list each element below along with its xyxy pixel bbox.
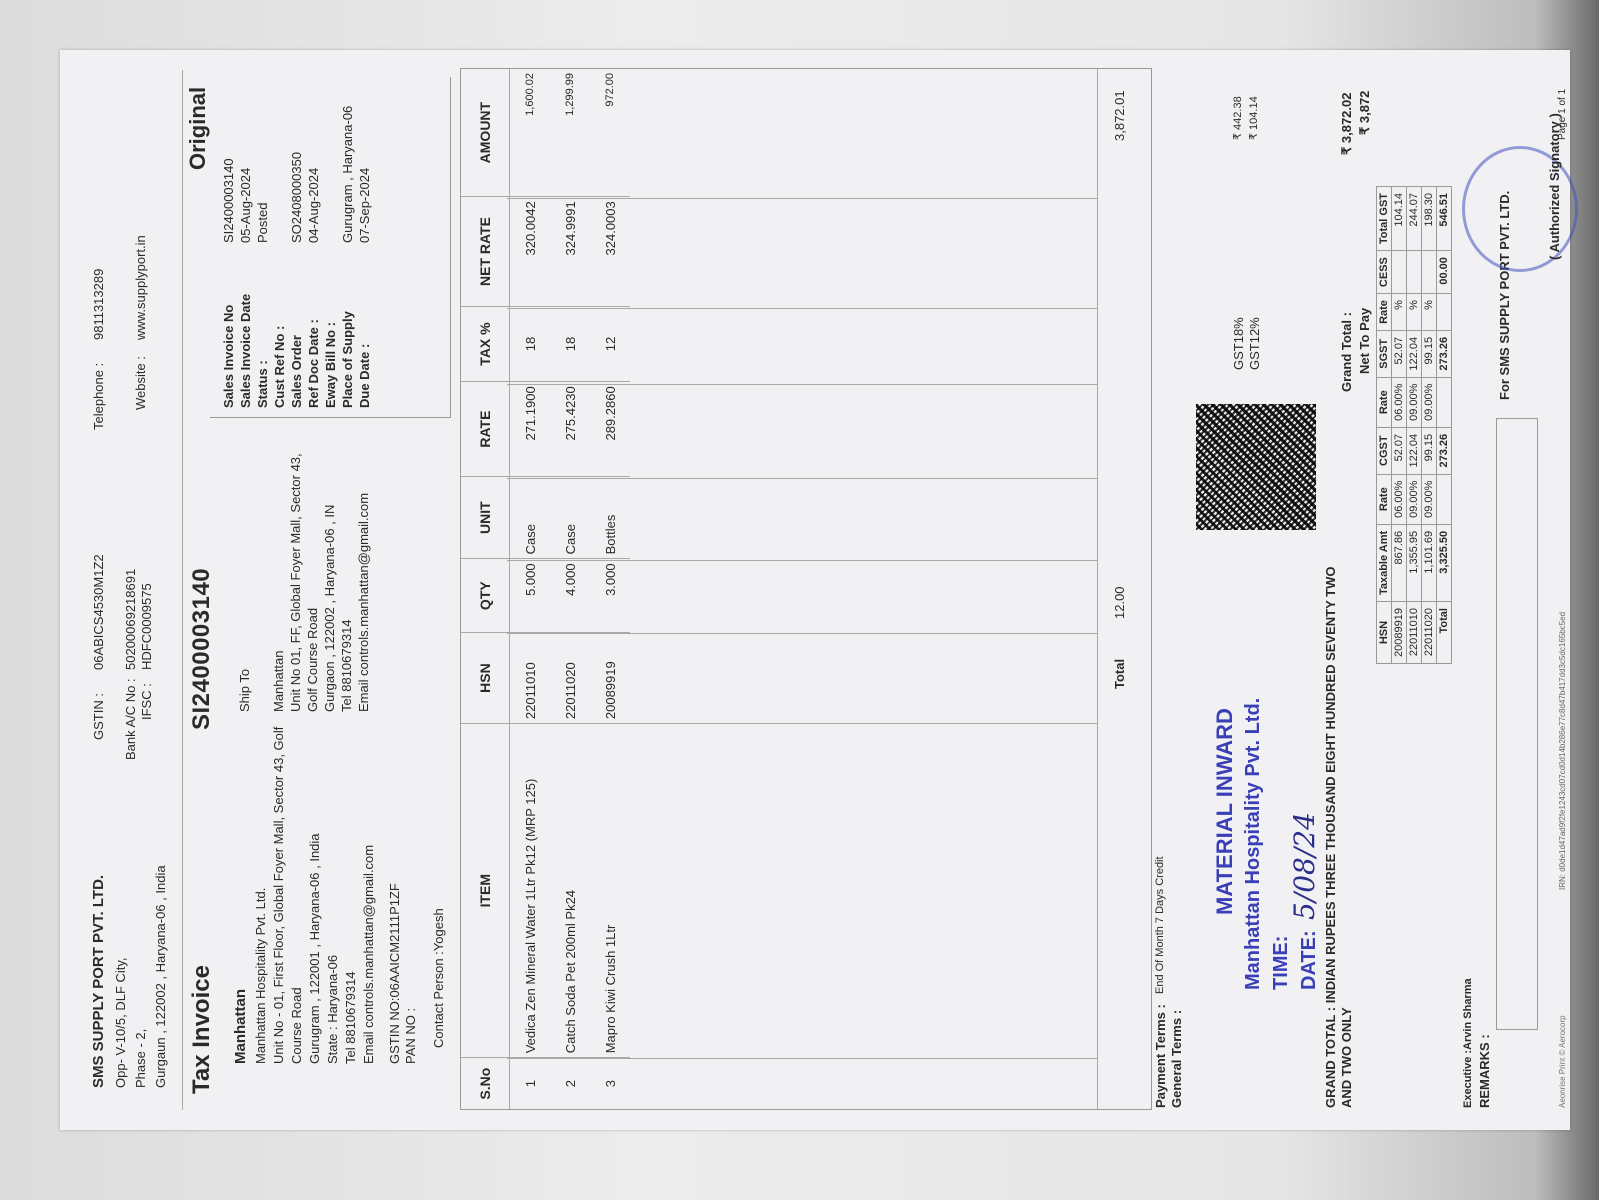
seller-gstin: 06ABICS4530M1Z2 [90, 554, 107, 670]
software-credit: Aeonrise Print © Aerocorp [1554, 1015, 1571, 1108]
address-line: Tel 8810679314 [342, 971, 359, 1064]
table-cell: 271.1900 [510, 382, 551, 477]
hsn-cell: 20089919 [1392, 602, 1407, 664]
table-cell: 320.0042 [510, 197, 551, 307]
hsn-row: 220110201,101.6909.00%99.1509.00%99.15%1… [1422, 186, 1437, 663]
column-header: ITEM [461, 724, 510, 1058]
meta-label: Cust Ref No : [271, 326, 288, 408]
hsn-cell: 09.00% [1422, 474, 1437, 524]
hsn-row: Total3,325.50273.26273.2600.00546.51 [1437, 186, 1452, 663]
hsn-cell: 22011010 [1407, 602, 1422, 664]
table-cell: 22011010 [510, 632, 551, 723]
hsn-cell: 52.07 [1392, 330, 1407, 377]
hsn-cell: 546.51 [1437, 186, 1452, 250]
hsn-cell: Total [1437, 602, 1452, 664]
column-header: NET RATE [461, 197, 510, 307]
gst12-value: ₹ 104.14 [1246, 96, 1263, 140]
table-cell: 18 [510, 306, 551, 382]
meta-value: 05-Aug-2024 [237, 168, 254, 243]
seller-address-3: Gurgaun , 122002 , Haryana-06 , India [152, 865, 169, 1088]
table-cell: 289.2860 [590, 382, 630, 477]
column-header: AMOUNT [461, 69, 510, 197]
address-line: Email controls.manhattan@gmail.com [355, 493, 372, 712]
table-cell: Case [550, 476, 590, 558]
gst18-label: GST18% [1230, 317, 1247, 370]
ifsc-label: IFSC : [138, 683, 155, 720]
hsn-cell: 09.00% [1407, 377, 1422, 427]
document-title: Tax Invoice [188, 965, 216, 1094]
address-line: Manhattan [270, 651, 287, 712]
gst18-value: ₹ 442.38 [1230, 96, 1247, 140]
payment-terms-label: Payment Terms : [1152, 1004, 1169, 1108]
hsn-cell: 122.04 [1407, 330, 1422, 377]
hsn-cell [1437, 377, 1452, 427]
hsn-cell: 273.26 [1437, 330, 1452, 377]
hsn-cell: 244.07 [1407, 186, 1422, 250]
remarks-box [1496, 418, 1538, 1030]
items-table-frame: S.NoITEMHSNQTYUNITRATETAX %NET RATEAMOUN… [460, 68, 1152, 1110]
hsn-column-header: HSN [1377, 602, 1392, 664]
column-header: RATE [461, 382, 510, 477]
address-line: Gurugram , 122001 , Haryana-06 , India [306, 833, 323, 1064]
meta-label: Status : [254, 360, 271, 408]
hsn-cell: 06.00% [1392, 377, 1407, 427]
table-cell: 324.9991 [550, 197, 590, 307]
table-cell: 18 [550, 306, 590, 382]
hsn-column-header: SGST [1377, 330, 1392, 377]
table-cell: 2 [550, 1058, 590, 1109]
hsn-cell: 52.07 [1392, 427, 1407, 474]
ifsc-code: HDFC0009575 [138, 583, 155, 670]
table-cell: 324.0003 [590, 197, 630, 307]
inward-date-handwritten: 5/08/24 [1288, 812, 1321, 920]
website-label: Website : [132, 356, 149, 410]
hsn-cell [1437, 294, 1452, 331]
column-header: TAX % [461, 306, 510, 382]
hsn-cell: 104.14 [1392, 186, 1407, 250]
table-cell: 3.000 [590, 559, 630, 633]
table-cell: 1 [510, 1058, 551, 1109]
hsn-cell: 3,325.50 [1437, 524, 1452, 601]
address-line: Manhattan Hospitality Pvt. Ltd. [252, 888, 269, 1064]
address-line: Golf Course Road [304, 608, 321, 712]
hsn-cell: % [1422, 294, 1437, 331]
items-total-amount: 3,872.01 [1111, 90, 1128, 141]
hsn-column-header: CESS [1377, 251, 1392, 294]
invoice-paper: SMS SUPPLY PORT PVT. LTD. Opp- V-10/5, D… [60, 50, 1570, 1130]
copy-label: Original [185, 87, 211, 170]
address-line: Tel 8810679314 [338, 619, 355, 712]
column-header: HSN [461, 632, 510, 723]
hsn-column-header: Total GST [1377, 186, 1392, 250]
meta-value: SO2408000350 [288, 152, 305, 243]
meta-value: Gurugram , Haryana-06 [339, 106, 356, 243]
table-cell: 1,299.99 [550, 69, 590, 197]
table-cell: 5.000 [510, 559, 551, 633]
hsn-cell [1392, 251, 1407, 294]
meta-value: SI2400003140 [220, 158, 237, 243]
seller-name: SMS SUPPLY PORT PVT. LTD. [90, 875, 107, 1088]
gst12-label: GST12% [1246, 317, 1263, 370]
table-cell: 275.4230 [550, 382, 590, 477]
grand-total-words-1: GRAND TOTAL : INDIAN RUPEES THREE THOUSA… [1322, 567, 1339, 1108]
grand-total-value: ₹ 3,872.02 [1338, 93, 1355, 156]
meta-label: Ref Doc Date : [305, 319, 322, 408]
meta-label: Eway Bill No : [322, 322, 339, 408]
meta-label: Place of Supply [339, 311, 356, 408]
hsn-column-header: CGST [1377, 427, 1392, 474]
meta-value: 07-Sep-2024 [356, 168, 373, 243]
hsn-cell: 1,355.95 [1407, 524, 1422, 601]
hsn-row: 20089919867.8606.00%52.0706.00%52.07%104… [1392, 186, 1407, 663]
hsn-cell: 198.30 [1422, 186, 1437, 250]
contact-person: Contact Person :Yogesh [430, 908, 447, 1048]
hsn-cell: % [1392, 294, 1407, 331]
address-line: Unit No - 01, First Floor, Global Foyer … [270, 727, 287, 1064]
address-line: State : Haryana-06 [324, 955, 341, 1064]
hsn-cell: % [1407, 294, 1422, 331]
column-header: UNIT [461, 476, 510, 558]
hsn-cell [1437, 474, 1452, 524]
meta-label: Due Date : [356, 344, 373, 408]
column-header: QTY [461, 559, 510, 633]
bill-to-gstin: GSTIN NO:06AAICM2111P1ZF [386, 883, 403, 1064]
hsn-column-header: Rate [1377, 294, 1392, 331]
table-cell: 22011020 [550, 632, 590, 723]
grand-total-words-2: AND TWO ONLY [1338, 1007, 1355, 1108]
hsn-column-header: Rate [1377, 474, 1392, 524]
hsn-cell: 273.26 [1437, 427, 1452, 474]
hsn-cell [1422, 251, 1437, 294]
net-to-pay-value: ₹ 3,872 [1356, 91, 1373, 135]
hsn-row: 220110101,355.9509.00%122.0409.00%122.04… [1407, 186, 1422, 663]
payment-terms-value: End Of Month 7 Days Credit [1152, 856, 1169, 994]
meta-label: Sales Order [288, 335, 305, 408]
hsn-cell: 22011020 [1422, 602, 1437, 664]
hsn-cell: 09.00% [1422, 377, 1437, 427]
hsn-cell: 1,101.69 [1422, 524, 1437, 601]
address-line: Email controls.manhattan@gmail.com [360, 845, 377, 1064]
seller-address-2: Phase - 2, [132, 1029, 149, 1088]
irn: IRN: d0de1d47ad9f2fe1243cd07cd0d14b286e7… [1554, 612, 1571, 890]
hsn-cell: 09.00% [1407, 474, 1422, 524]
meta-value: 04-Aug-2024 [305, 168, 322, 243]
items-total-qty: 12.00 [1111, 586, 1128, 619]
table-cell: 4.000 [550, 559, 590, 633]
hsn-cell: 00.00 [1437, 251, 1452, 294]
bill-to-name: Manhattan [232, 989, 249, 1064]
hsn-cell: 99.15 [1422, 330, 1437, 377]
address-line: Gurgaon , 122002 , Haryana-06 , IN [321, 505, 338, 712]
table-cell: Catch Soda Pet 200ml Pk24 [550, 724, 590, 1058]
table-cell: 12 [590, 306, 630, 382]
table-cell: Bottles [590, 476, 630, 558]
hsn-column-header: Taxable Amt [1377, 524, 1392, 601]
inward-stamp-company: Manhattan Hospitality Pvt. Ltd. [1242, 698, 1265, 990]
invoice-number-heading: SI2400003140 [188, 568, 216, 730]
address-line: Unit No 01, FF, Global Foyer Mall, Secto… [287, 453, 304, 712]
general-terms-label: General Terms : [1168, 1010, 1185, 1108]
net-to-pay-label: Net To Pay [1356, 308, 1373, 374]
ship-to-label: Ship To [236, 669, 253, 712]
meta-label: Sales Invoice Date [237, 294, 254, 408]
gstin-label: GSTIN : [90, 693, 107, 740]
qr-code [1196, 404, 1316, 530]
hsn-cell: 06.00% [1392, 474, 1407, 524]
table-cell: 3 [590, 1058, 630, 1109]
hsn-cell: 122.04 [1407, 427, 1422, 474]
telephone-label: Telephone : [90, 363, 107, 430]
items-total-label: Total [1111, 659, 1128, 689]
meta-value: Posted [254, 203, 271, 243]
bank-account: 50200069218691 [122, 569, 139, 670]
table-cell: 972.00 [590, 69, 630, 197]
bill-to-pan: PAN NO : [402, 1008, 419, 1064]
hsn-cell: 867.86 [1392, 524, 1407, 601]
inward-stamp-time: TIME: [1270, 936, 1293, 990]
table-cell: Vedica Zen Mineral Water 1Ltr Pk12 (MRP … [510, 724, 551, 1058]
column-header: S.No [461, 1058, 510, 1109]
bank-label: Bank A/C No : [122, 678, 139, 760]
telephone: 9811313289 [90, 269, 107, 340]
address-line: Course Road [288, 987, 305, 1064]
remarks-label: REMARKS : [1476, 1034, 1493, 1108]
inward-stamp-date: DATE: [1298, 930, 1321, 990]
table-cell: 1,600.02 [510, 69, 551, 197]
table-row: 1Vedica Zen Mineral Water 1Ltr Pk12 (MRP… [510, 69, 551, 1109]
page-number: Page 1 of 1 [1554, 89, 1571, 140]
hsn-cell: 99.15 [1422, 427, 1437, 474]
grand-total-label: Grand Total : [1338, 312, 1355, 392]
website: www.supplyport.in [132, 235, 149, 340]
hsn-cell [1407, 251, 1422, 294]
hsn-summary-table: HSNTaxable AmtRateCGSTRateSGSTRateCESSTo… [1376, 186, 1452, 664]
executive: Executive :Arvin Sharma [1460, 978, 1477, 1108]
table-cell: Case [510, 476, 551, 558]
meta-label: Sales Invoice No [220, 305, 237, 408]
seller-address-1: Opp- V-10/5, DLF City, [112, 957, 129, 1088]
table-row: 2Catch Soda Pet 200ml Pk24220110204.000C… [550, 69, 590, 1109]
inward-stamp-title: MATERIAL INWARD [1212, 708, 1238, 915]
items-table: S.NoITEMHSNQTYUNITRATETAX %NET RATEAMOUN… [461, 69, 630, 1109]
table-row: 3Mapro Kiwi Crush 1Ltr200899193.000Bottl… [590, 69, 630, 1109]
hsn-column-header: Rate [1377, 377, 1392, 427]
table-cell: Mapro Kiwi Crush 1Ltr [590, 724, 630, 1058]
table-cell: 20089919 [590, 632, 630, 723]
